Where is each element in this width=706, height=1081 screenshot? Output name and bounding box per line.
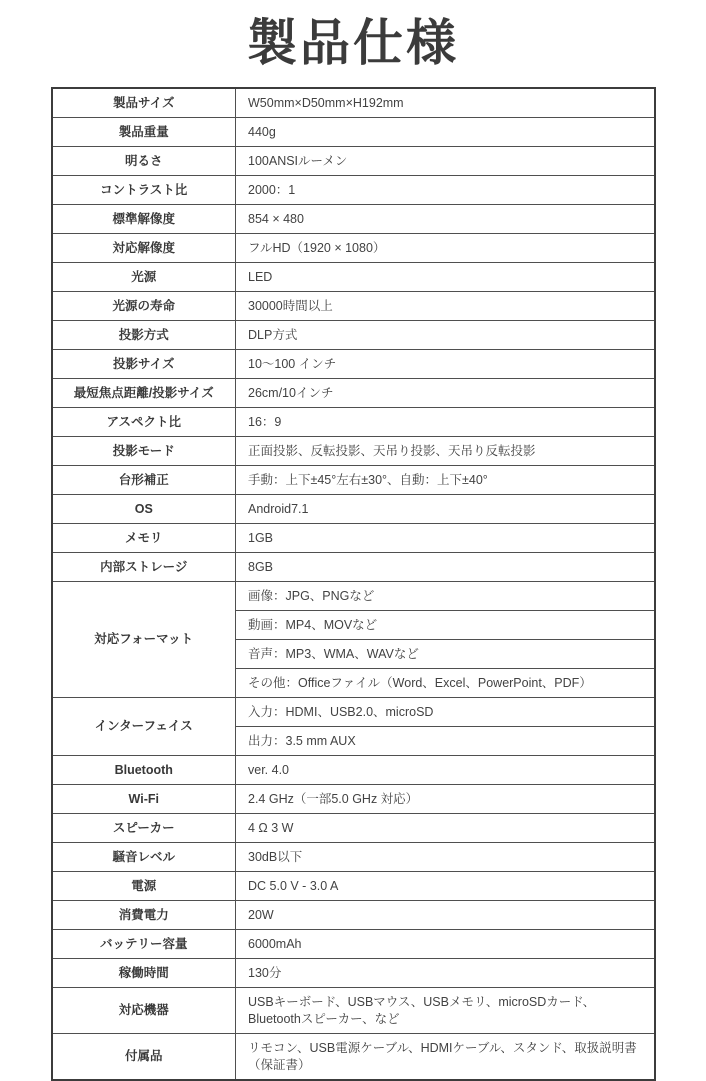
spec-value-cell: 854 × 480 — [236, 205, 655, 234]
spec-value-cell: フルHD（1920 × 1080） — [236, 234, 655, 263]
spec-value-cell: DLP方式 — [236, 321, 655, 350]
spec-value-cell: USBキーボード、USBマウス、USBメモリ、microSDカード、Blueto… — [236, 988, 655, 1034]
spec-row: 明るさ100ANSIルーメン — [52, 147, 655, 176]
spec-label-cell: 光源の寿命 — [52, 292, 236, 321]
spec-label-cell: 製品重量 — [52, 118, 236, 147]
spec-label-cell: 稼働時間 — [52, 959, 236, 988]
spec-value-cell: 100ANSIルーメン — [236, 147, 655, 176]
spec-label-cell: 騒音レベル — [52, 843, 236, 872]
spec-label-cell: 投影サイズ — [52, 350, 236, 379]
spec-row: 光源の寿命30000時間以上 — [52, 292, 655, 321]
spec-label-cell: インターフェイス — [52, 698, 236, 756]
spec-value-cell: 440g — [236, 118, 655, 147]
spec-value-cell: 出力：3.5 mm AUX — [236, 727, 655, 756]
spec-label-cell: 消費電力 — [52, 901, 236, 930]
spec-table: 製品サイズW50mm×D50mm×H192mm製品重量440g明るさ100ANS… — [51, 87, 656, 1081]
spec-row: Wi-Fi2.4 GHz（一部5.0 GHz 対応） — [52, 785, 655, 814]
spec-value-cell: 30dB以下 — [236, 843, 655, 872]
spec-row: 内部ストレージ8GB — [52, 553, 655, 582]
spec-label-cell: 内部ストレージ — [52, 553, 236, 582]
spec-label-cell: 明るさ — [52, 147, 236, 176]
spec-value-cell: 2000：1 — [236, 176, 655, 205]
spec-value-cell: リモコン、USB電源ケーブル、HDMIケーブル、スタンド、取扱説明書（保証書） — [236, 1034, 655, 1081]
spec-label-cell: メモリ — [52, 524, 236, 553]
spec-label-cell: OS — [52, 495, 236, 524]
spec-value-cell: DC 5.0 V - 3.0 A — [236, 872, 655, 901]
spec-value-cell: 30000時間以上 — [236, 292, 655, 321]
spec-value-cell: その他：Officeファイル（Word、Excel、PowerPoint、PDF… — [236, 669, 655, 698]
spec-row: 対応解像度フルHD（1920 × 1080） — [52, 234, 655, 263]
spec-label-cell: 製品サイズ — [52, 88, 236, 118]
spec-label-cell: 標準解像度 — [52, 205, 236, 234]
spec-value-cell: LED — [236, 263, 655, 292]
spec-row: 台形補正手動：上下±45°左右±30°、自動：上下±40° — [52, 466, 655, 495]
spec-row: インターフェイス入力：HDMI、USB2.0、microSD — [52, 698, 655, 727]
spec-value-cell: 1GB — [236, 524, 655, 553]
spec-value-cell: Android7.1 — [236, 495, 655, 524]
page-title: 製品仕様 — [0, 12, 706, 74]
spec-row: バッテリー容量6000mAh — [52, 930, 655, 959]
spec-row: 電源DC 5.0 V - 3.0 A — [52, 872, 655, 901]
spec-label-cell: Wi-Fi — [52, 785, 236, 814]
spec-label-cell: 付属品 — [52, 1034, 236, 1081]
spec-row: 騒音レベル30dB以下 — [52, 843, 655, 872]
spec-value-cell: 4 Ω 3 W — [236, 814, 655, 843]
spec-label-cell: アスペクト比 — [52, 408, 236, 437]
spec-row: 投影モード正面投影、反転投影、天吊り投影、天吊り反転投影 — [52, 437, 655, 466]
spec-label-cell: 台形補正 — [52, 466, 236, 495]
spec-row: 投影サイズ10～100 インチ — [52, 350, 655, 379]
spec-value-cell: 画像：JPG、PNGなど — [236, 582, 655, 611]
spec-value-cell: 動画：MP4、MOVなど — [236, 611, 655, 640]
spec-row: コントラスト比2000：1 — [52, 176, 655, 205]
spec-value-cell: 130分 — [236, 959, 655, 988]
spec-row: 対応機器USBキーボード、USBマウス、USBメモリ、microSDカード、Bl… — [52, 988, 655, 1034]
spec-label-cell: 電源 — [52, 872, 236, 901]
spec-row: Bluetoothver. 4.0 — [52, 756, 655, 785]
spec-value-cell: 8GB — [236, 553, 655, 582]
spec-row: 対応フォーマット画像：JPG、PNGなど — [52, 582, 655, 611]
spec-row: スピーカー4 Ω 3 W — [52, 814, 655, 843]
spec-row: 製品サイズW50mm×D50mm×H192mm — [52, 88, 655, 118]
spec-value-cell: 20W — [236, 901, 655, 930]
spec-label-cell: 光源 — [52, 263, 236, 292]
spec-label-cell: 対応解像度 — [52, 234, 236, 263]
spec-label-cell: 対応機器 — [52, 988, 236, 1034]
spec-row: 付属品リモコン、USB電源ケーブル、HDMIケーブル、スタンド、取扱説明書（保証… — [52, 1034, 655, 1081]
spec-value-cell: 音声：MP3、WMA、WAVなど — [236, 640, 655, 669]
spec-value-cell: 正面投影、反転投影、天吊り投影、天吊り反転投影 — [236, 437, 655, 466]
spec-value-cell: W50mm×D50mm×H192mm — [236, 88, 655, 118]
spec-label-cell: スピーカー — [52, 814, 236, 843]
spec-label-cell: 最短焦点距離/投影サイズ — [52, 379, 236, 408]
spec-row: 光源LED — [52, 263, 655, 292]
spec-value-cell: 6000mAh — [236, 930, 655, 959]
spec-value-cell: 10～100 インチ — [236, 350, 655, 379]
spec-value-cell: 16：9 — [236, 408, 655, 437]
spec-value-cell: 入力：HDMI、USB2.0、microSD — [236, 698, 655, 727]
spec-label-cell: 投影方式 — [52, 321, 236, 350]
spec-row: メモリ1GB — [52, 524, 655, 553]
spec-label-cell: 投影モード — [52, 437, 236, 466]
spec-row: 最短焦点距離/投影サイズ26cm/10インチ — [52, 379, 655, 408]
spec-value-cell: 2.4 GHz（一部5.0 GHz 対応） — [236, 785, 655, 814]
spec-row: 消費電力20W — [52, 901, 655, 930]
spec-label-cell: Bluetooth — [52, 756, 236, 785]
spec-value-cell: ver. 4.0 — [236, 756, 655, 785]
spec-value-cell: 手動：上下±45°左右±30°、自動：上下±40° — [236, 466, 655, 495]
spec-row: アスペクト比16：9 — [52, 408, 655, 437]
spec-value-cell: 26cm/10インチ — [236, 379, 655, 408]
spec-row: 標準解像度854 × 480 — [52, 205, 655, 234]
spec-table-body: 製品サイズW50mm×D50mm×H192mm製品重量440g明るさ100ANS… — [52, 88, 655, 1080]
spec-row: 投影方式DLP方式 — [52, 321, 655, 350]
spec-label-cell: 対応フォーマット — [52, 582, 236, 698]
spec-label-cell: コントラスト比 — [52, 176, 236, 205]
spec-page: 製品仕様 製品サイズW50mm×D50mm×H192mm製品重量440g明るさ1… — [0, 0, 706, 1081]
spec-row: OSAndroid7.1 — [52, 495, 655, 524]
spec-row: 稼働時間130分 — [52, 959, 655, 988]
spec-label-cell: バッテリー容量 — [52, 930, 236, 959]
spec-row: 製品重量440g — [52, 118, 655, 147]
